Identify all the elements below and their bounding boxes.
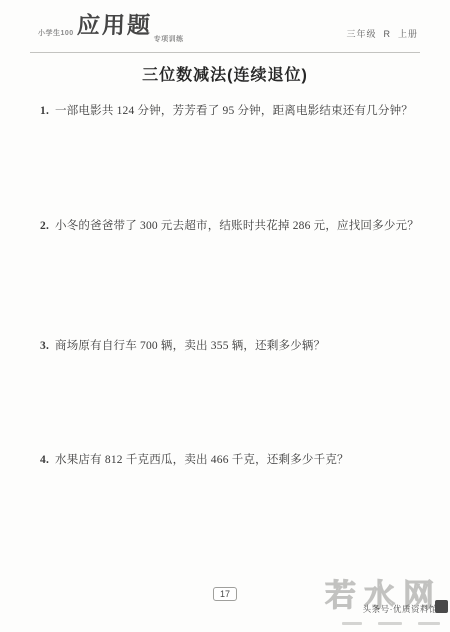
problem-text: 小冬的爸爸带了 300 元去超市，结账时共花掉 286 元，应找回多少元？ — [55, 220, 419, 232]
worksheet-title: 三位数减法(连续退位) — [0, 62, 450, 85]
channel-logo-icon — [435, 600, 448, 613]
channel-watermark-text: 头条号·优质资料馆 — [363, 603, 438, 615]
problem-number: 2. — [40, 220, 49, 232]
problem-item-4: 4.水果店有 812 千克西瓜，卖出 466 千克，还剩多少千克？ — [40, 452, 422, 469]
problem-item-1: 1.一部电影共 124 分钟，芳芳看了 95 分钟，距离电影结束还有几分钟？ — [40, 103, 422, 120]
header-divider — [30, 52, 420, 53]
series-logo: 小学生100 应用题 专项训练 — [38, 14, 184, 38]
problem-number: 1. — [40, 105, 49, 117]
problem-text: 商场原有自行车 700 辆，卖出 355 辆，还剩多少辆？ — [55, 340, 325, 352]
worksheet-page: 小学生100 应用题 专项训练 三年级 R 上册 三位数减法(连续退位) 1.一… — [0, 0, 450, 632]
page-number-badge: 17 — [213, 587, 237, 601]
page-header: 小学生100 应用题 专项训练 三年级 R 上册 — [38, 14, 418, 40]
watermark-group: 若水网 头条号·优质资料馆 — [298, 580, 448, 630]
logo-prefix-text: 小学生100 — [38, 28, 74, 38]
problem-number: 3. — [40, 340, 49, 352]
problem-number: 4. — [40, 454, 49, 466]
problem-item-2: 2.小冬的爸爸带了 300 元去超市，结账时共花掉 286 元，应找回多少元？ — [40, 218, 422, 235]
logo-suffix-text: 专项训练 — [154, 34, 184, 44]
watermark-subtext-mark — [378, 622, 402, 625]
problem-text: 一部电影共 124 分钟，芳芳看了 95 分钟，距离电影结束还有几分钟？ — [55, 105, 413, 117]
grade-edition-label: 三年级 R 上册 — [346, 27, 418, 40]
watermark-subtext-mark — [342, 622, 362, 625]
logo-main-text: 应用题 — [76, 14, 152, 37]
problem-text: 水果店有 812 千克西瓜，卖出 466 千克，还剩多少千克？ — [55, 454, 349, 466]
problem-item-3: 3.商场原有自行车 700 辆，卖出 355 辆，还剩多少辆？ — [40, 338, 422, 355]
watermark-subtext-mark — [418, 622, 440, 625]
